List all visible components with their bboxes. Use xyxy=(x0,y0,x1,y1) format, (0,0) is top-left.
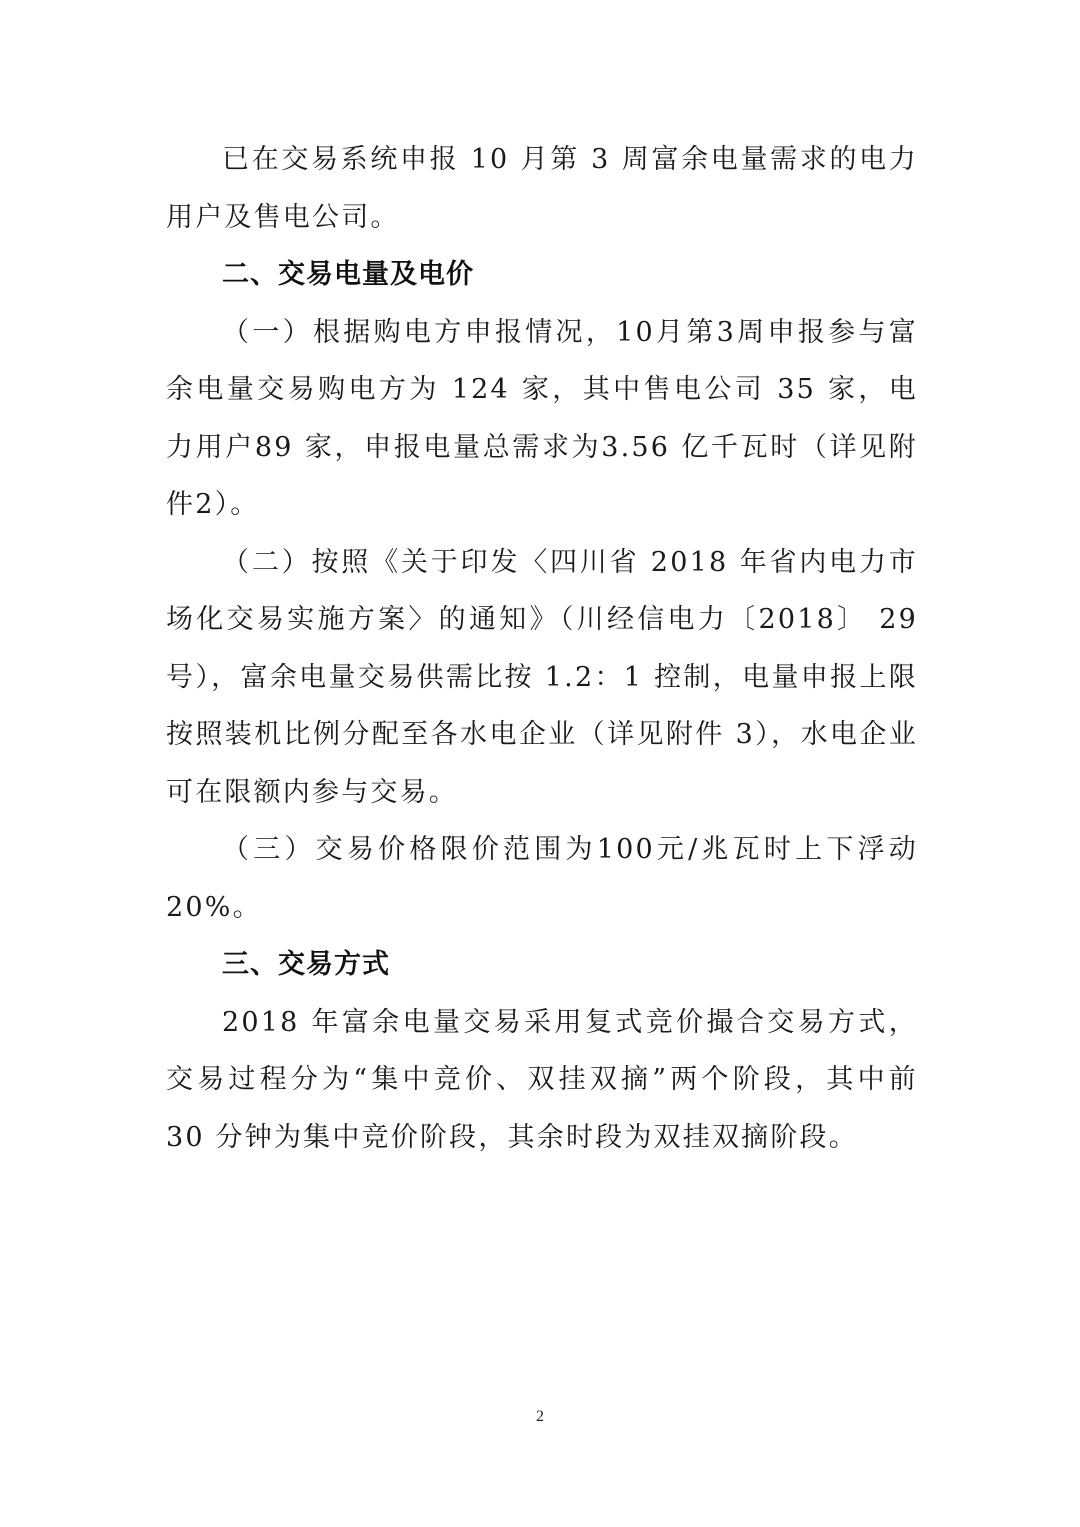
paragraph-intro-continuation: 已在交易系统申报 10 月第 3 周富余电量需求的电力用户及售电公司。 xyxy=(166,131,918,246)
section-heading-trade-volume-and-price: 二、交易电量及电价 xyxy=(166,246,918,304)
section-heading-trade-method: 三、交易方式 xyxy=(166,936,918,994)
document-body: 已在交易系统申报 10 月第 3 周富余电量需求的电力用户及售电公司。 二、交易… xyxy=(166,131,918,1166)
paragraph-trade-method: 2018 年富余电量交易采用复式竞价撮合交易方式，交易过程分为“集中竞价、双挂双… xyxy=(166,994,918,1167)
paragraph-item-1-buyers: （一）根据购电方申报情况，10月第3周申报参与富余电量交易购电方为 124 家，… xyxy=(166,304,918,534)
paragraph-item-3-price-limit: （三）交易价格限价范围为100元/兆瓦时上下浮动 20%。 xyxy=(166,821,918,936)
paragraph-item-2-supply-demand: （二）按照《关于印发〈四川省 2018 年省内电力市场化交易实施方案〉的通知》（… xyxy=(166,534,918,822)
page-number: 2 xyxy=(0,1408,1080,1426)
